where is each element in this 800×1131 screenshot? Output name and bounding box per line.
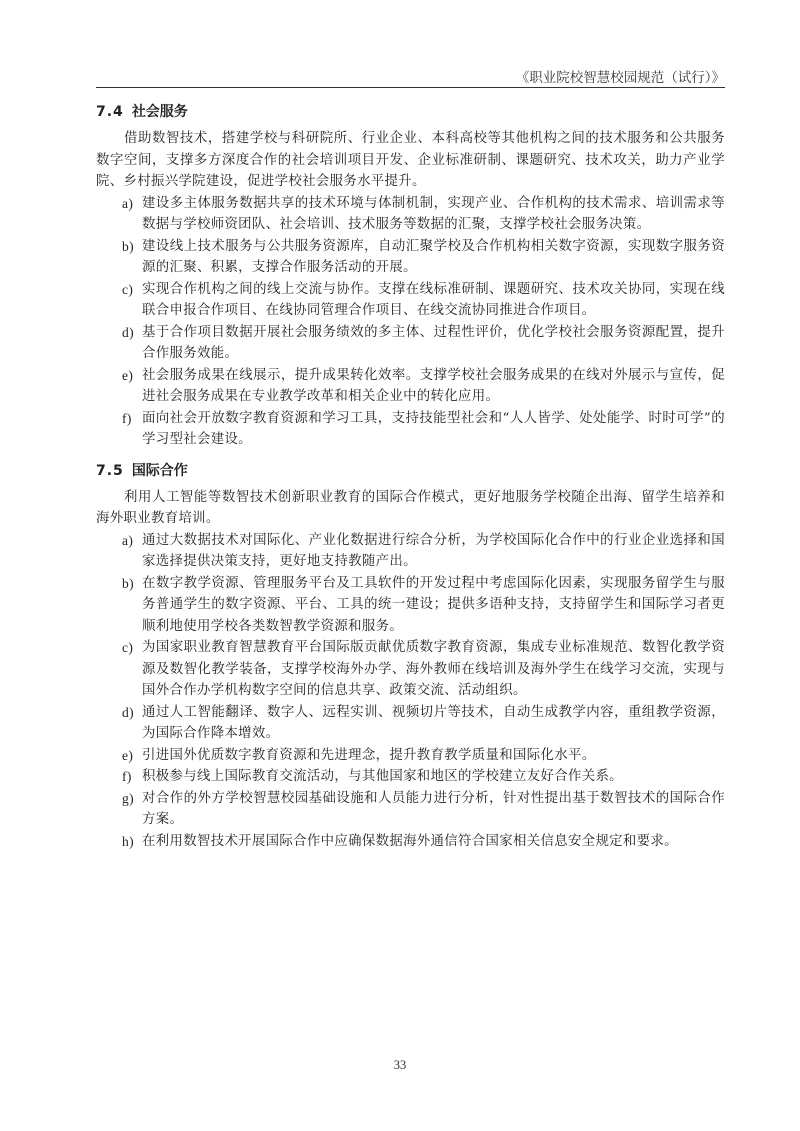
list-item-text: 实现合作机构之间的线上交流与协作。支撑在线标准研制、课题研究、技术攻关协同，实现… — [142, 282, 725, 319]
header-divider — [96, 87, 725, 88]
section-international-cooperation: 7.5国际合作 利用人工智能等数智技术创新职业教育的国际合作模式，更好地服务学校… — [96, 459, 725, 853]
list-item-text: 积极参与线上国际教育交流活动，与其他国家和地区的学校建立友好合作关系。 — [142, 769, 623, 784]
list-marker: a) — [122, 193, 133, 215]
list-item: g)对合作的外方学校智慧校园基础设施和人员能力进行分析，针对性提出基于数智技术的… — [96, 788, 725, 831]
list-item: h)在利用数智技术开展国际合作中应确保数据海外通信符合国家相关信息安全规定和要求… — [96, 831, 725, 853]
list-item: b)在数字教学资源、管理服务平台及工具软件的开发过程中考虑国际化因素，实现服务留… — [96, 573, 725, 638]
list-item: c)实现合作机构之间的线上交流与协作。支撑在线标准研制、课题研究、技术攻关协同，… — [96, 279, 725, 322]
list-item: f)积极参与线上国际教育交流活动，与其他国家和地区的学校建立友好合作关系。 — [96, 766, 725, 788]
list-item: a)建设多主体服务数据共享的技术环境与体制机制，实现产业、合作机构的技术需求、培… — [96, 193, 725, 236]
section-social-service: 7.4社会服务 借助数智技术，搭建学校与科研院所、行业企业、本科高校等其他机构之… — [96, 100, 725, 451]
list-item: f)面向社会开放数字教育资源和学习工具，支持技能型社会和“人人皆学、处处能学、时… — [96, 408, 725, 451]
section-title: 社会服务 — [132, 104, 188, 120]
list-marker: d) — [122, 702, 134, 724]
list-marker: e) — [122, 365, 133, 387]
list-item: e)引进国外优质数字教育资源和先进理念，提升教育教学质量和国际化水平。 — [96, 745, 725, 767]
section-heading: 7.5国际合作 — [96, 459, 725, 483]
list-item: d)通过人工智能翻译、数字人、远程实训、视频切片等技术，自动生成教学内容，重组教… — [96, 702, 725, 745]
list-item: b)建设线上技术服务与公共服务资源库，自动汇聚学校及合作机构相关数字资源，实现数… — [96, 236, 725, 279]
list-item-text: 在利用数智技术开展国际合作中应确保数据海外通信符合国家相关信息安全规定和要求。 — [142, 834, 678, 849]
list-item-text: 在数字教学资源、管理服务平台及工具软件的开发过程中考虑国际化因素，实现服务留学生… — [142, 576, 725, 634]
list-marker: d) — [122, 322, 134, 344]
section-heading: 7.4社会服务 — [96, 100, 725, 124]
list-item-text: 面向社会开放数字教育资源和学习工具，支持技能型社会和“人人皆学、处处能学、时时可… — [142, 411, 725, 448]
list-marker: e) — [122, 745, 133, 767]
list-item: d)基于合作项目数据开展社会服务绩效的多主体、过程性评价，优化学校社会服务资源配… — [96, 322, 725, 365]
section-intro: 利用人工智能等数智技术创新职业教育的国际合作模式，更好地服务学校随企出海、留学生… — [96, 487, 725, 530]
list-item-text: 为国家职业教育智慧教育平台国际版贡献优质数字教育资源，集成专业标准规范、数智化教… — [142, 640, 725, 698]
list-marker: c) — [122, 637, 133, 659]
section-intro: 借助数智技术，搭建学校与科研院所、行业企业、本科高校等其他机构之间的技术服务和公… — [96, 128, 725, 193]
section-number: 7.5 — [96, 463, 124, 479]
list-marker: g) — [122, 788, 134, 810]
list-item: c)为国家职业教育智慧教育平台国际版贡献优质数字教育资源，集成专业标准规范、数智… — [96, 637, 725, 702]
list-item: a)通过大数据技术对国际化、产业化数据进行综合分析，为学校国际化合作中的行业企业… — [96, 530, 725, 573]
page-number: 33 — [0, 1058, 800, 1073]
list-marker: c) — [122, 279, 133, 301]
list-item-text: 建设多主体服务数据共享的技术环境与体制机制，实现产业、合作机构的技术需求、培训需… — [142, 196, 725, 233]
list-marker: h) — [122, 831, 134, 853]
list-item-text: 建设线上技术服务与公共服务资源库，自动汇聚学校及合作机构相关数字资源，实现数字服… — [142, 239, 725, 276]
list-item-text: 社会服务成果在线展示，提升成果转化效率。支撑学校社会服务成果的在线对外展示与宣传… — [142, 368, 725, 405]
list-marker: f) — [122, 408, 132, 430]
list-item-text: 对合作的外方学校智慧校园基础设施和人员能力进行分析，针对性提出基于数智技术的国际… — [142, 791, 725, 828]
section-title: 国际合作 — [132, 463, 188, 479]
page-content: 7.4社会服务 借助数智技术，搭建学校与科研院所、行业企业、本科高校等其他机构之… — [96, 100, 725, 860]
list-item-text: 基于合作项目数据开展社会服务绩效的多主体、过程性评价，优化学校社会服务资源配置，… — [142, 325, 725, 362]
document-header-title: 《职业院校智慧校园规范（试行）》 — [516, 66, 725, 86]
list-item-text: 通过大数据技术对国际化、产业化数据进行综合分析，为学校国际化合作中的行业企业选择… — [142, 533, 725, 570]
list-item-text: 引进国外优质数字教育资源和先进理念，提升教育教学质量和国际化水平。 — [142, 748, 595, 763]
list-item-text: 通过人工智能翻译、数字人、远程实训、视频切片等技术，自动生成教学内容，重组教学资… — [142, 705, 725, 742]
list-marker: b) — [122, 236, 134, 258]
list-marker: b) — [122, 573, 134, 595]
item-list: a)建设多主体服务数据共享的技术环境与体制机制，实现产业、合作机构的技术需求、培… — [96, 193, 725, 451]
list-marker: a) — [122, 530, 133, 552]
list-marker: f) — [122, 766, 132, 788]
section-number: 7.4 — [96, 104, 124, 120]
item-list: a)通过大数据技术对国际化、产业化数据进行综合分析，为学校国际化合作中的行业企业… — [96, 530, 725, 853]
list-item: e)社会服务成果在线展示，提升成果转化效率。支撑学校社会服务成果的在线对外展示与… — [96, 365, 725, 408]
